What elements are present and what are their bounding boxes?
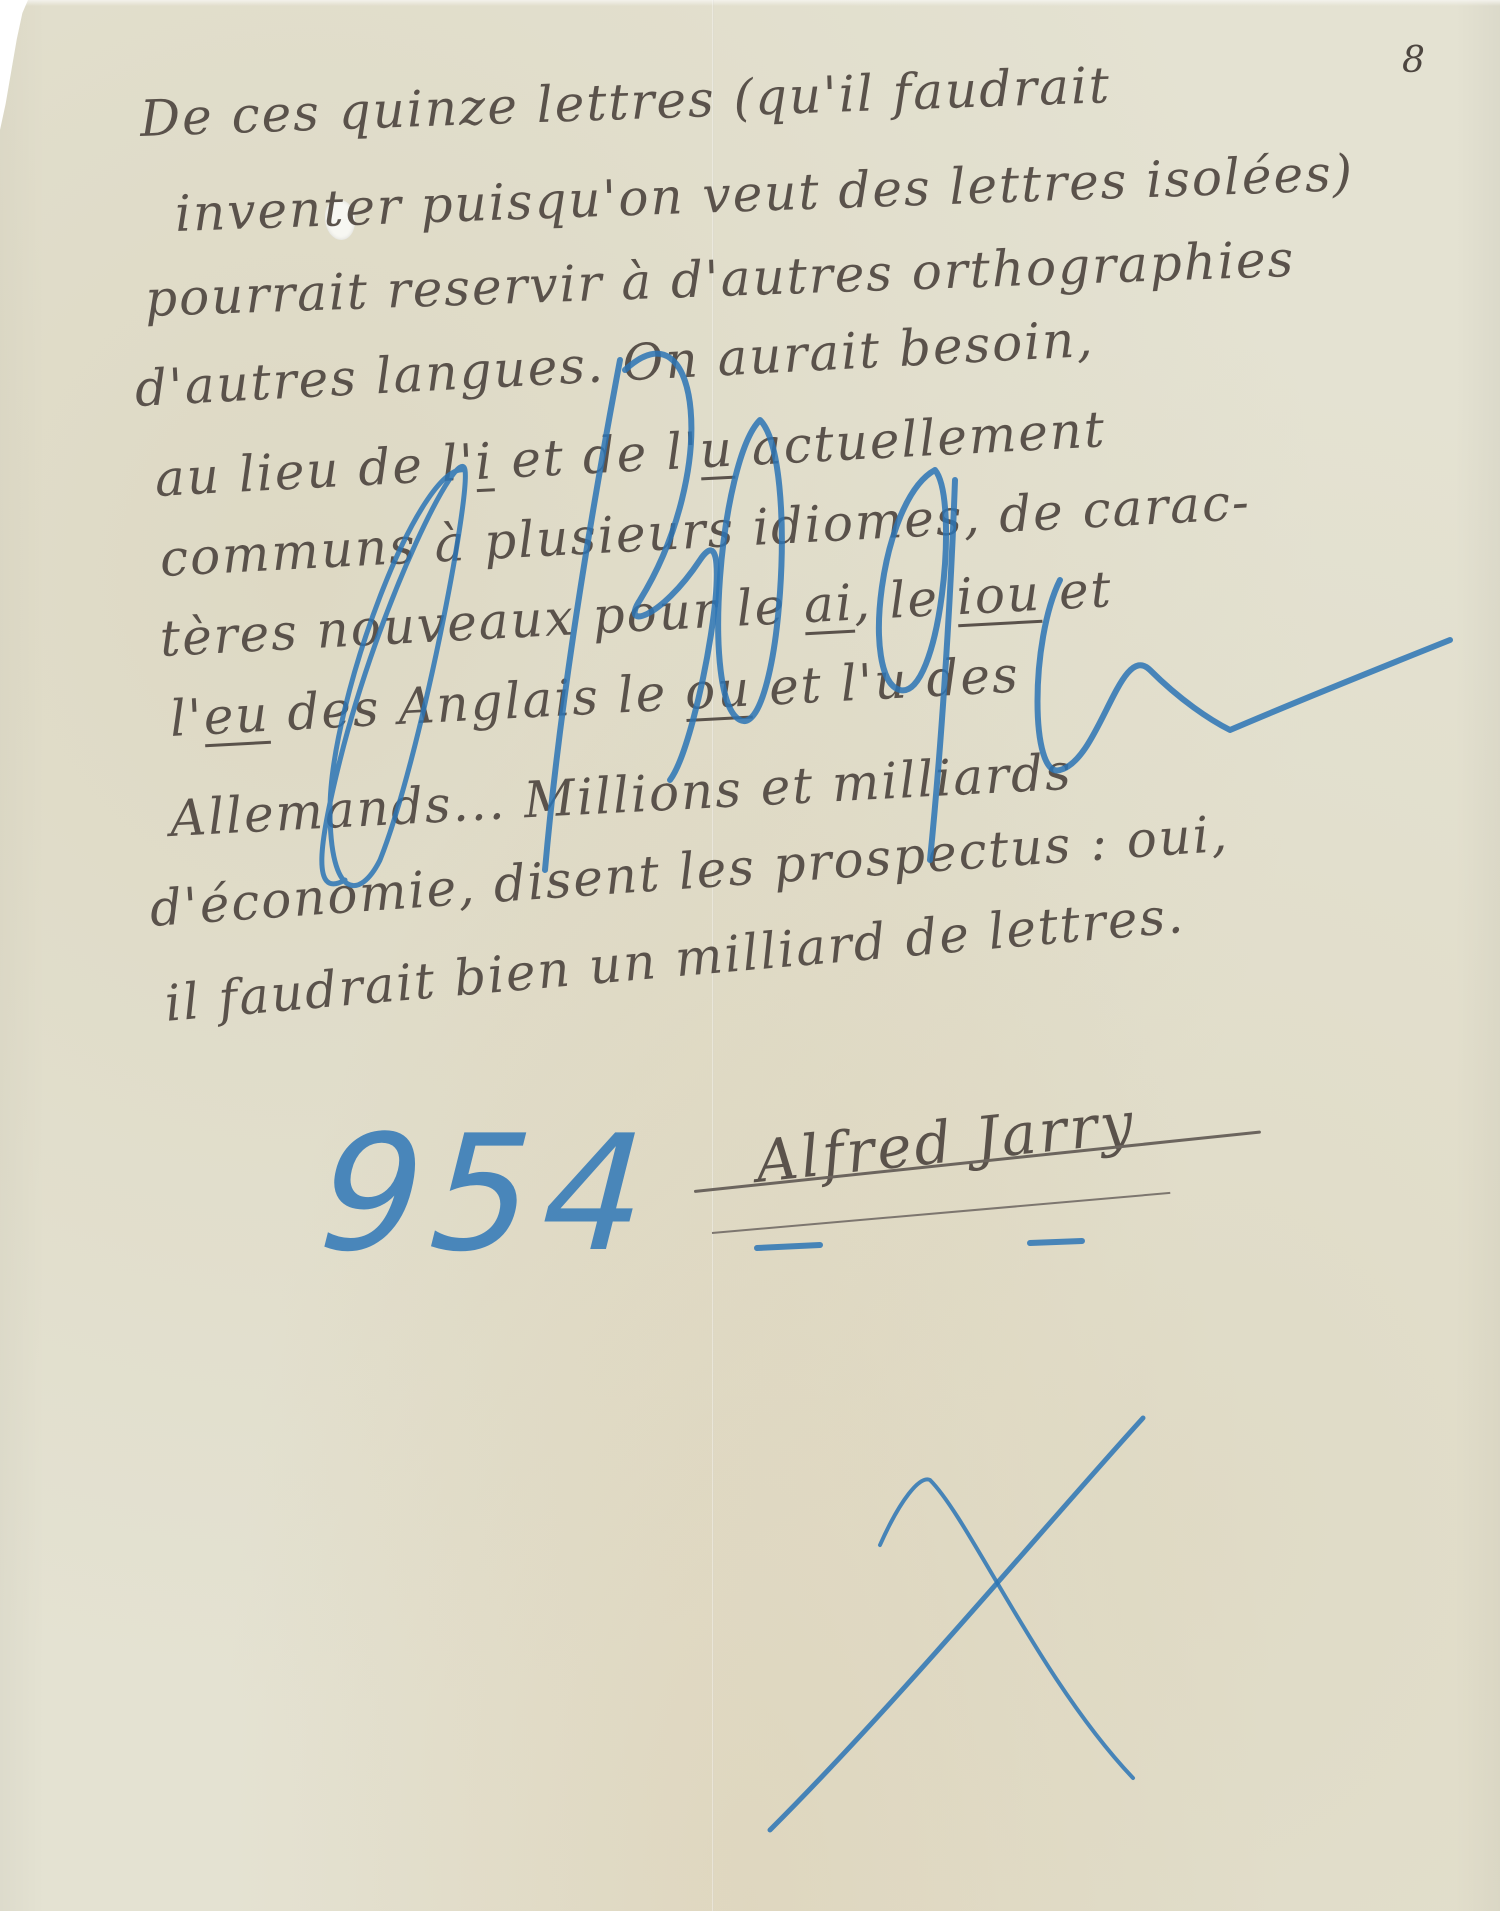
underlined-letter: u: [698, 420, 735, 480]
text-segment: tères nouveaux pour le: [158, 576, 805, 668]
text-segment: , le: [852, 568, 958, 631]
blue-dash-right: [1030, 1241, 1082, 1243]
text-line-1: De ces quinze lettres (qu'il faudrait: [139, 56, 1112, 148]
text-segment: au lieu de l': [153, 433, 476, 508]
text-segment: actuellement: [732, 400, 1107, 477]
manuscript-page: 8 De ces quinze lettres (qu'il faudrait …: [0, 0, 1500, 1911]
signature-underline-second: [712, 1192, 1170, 1234]
blue-x-mark: [770, 1418, 1143, 1830]
text-segment: l': [168, 688, 205, 748]
underlined-letters: eu: [202, 685, 271, 746]
torn-corner: [0, 0, 28, 130]
underlined-letters: ou: [684, 660, 753, 721]
text-line-4: d'autres langues. On aurait besoin,: [133, 310, 1095, 418]
underlined-letters: ai: [802, 574, 855, 635]
text-line-3: pourrait reservir à d'autres orthographi…: [144, 230, 1296, 328]
blue-pencil-number: 954: [297, 1100, 679, 1287]
underlined-letters: iou: [955, 564, 1042, 626]
page-number: 8: [1402, 40, 1425, 81]
text-segment: et: [1039, 560, 1114, 622]
torn-top-edge: [0, 0, 1500, 6]
blue-dash-left: [757, 1245, 820, 1248]
blue-x-mark-stroke-2: [880, 1479, 1133, 1778]
text-segment: et de l': [492, 421, 701, 490]
text-segment: et l'u des: [750, 646, 1021, 718]
text-line-2: inventer puisqu'on veut des lettres isol…: [174, 144, 1355, 243]
text-segment: des Anglais le: [268, 663, 687, 743]
